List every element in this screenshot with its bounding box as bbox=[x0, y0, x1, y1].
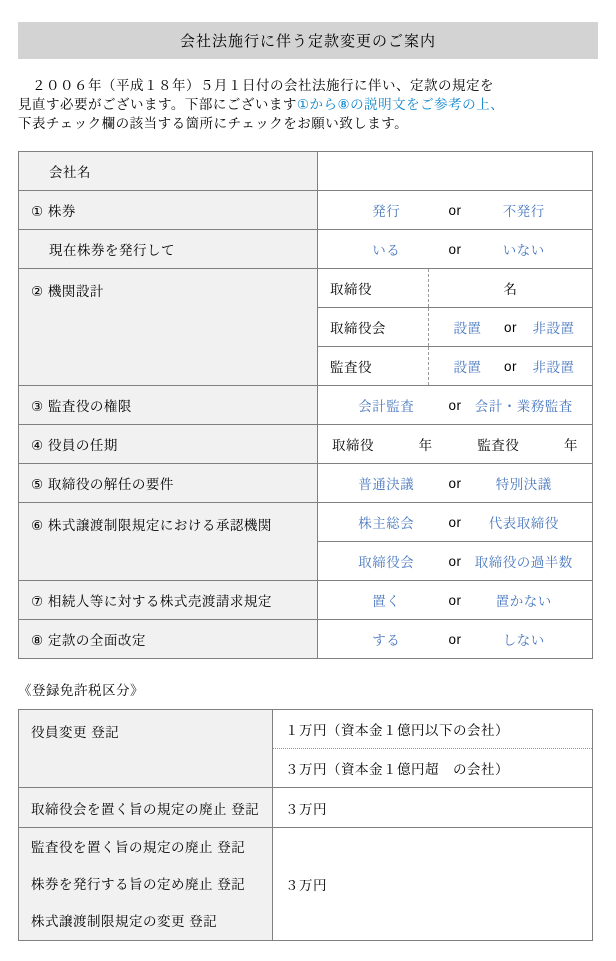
options-cell: 株主総会 or 代表取締役 bbox=[318, 512, 592, 532]
table-row-dismissal: ⑤ 取締役の解任の要件 普通決議 or 特別決議 bbox=[19, 464, 593, 503]
options-cell: 発行 or 不発行 bbox=[318, 200, 592, 220]
page-title: 会社法施行に伴う定款変更のご案内 bbox=[180, 30, 436, 51]
or-label: or bbox=[443, 203, 468, 218]
options-cell: 取締役会 or 取締役の過半数 bbox=[318, 551, 592, 571]
or-label: or bbox=[443, 242, 468, 257]
sub-item-label: 取締役 bbox=[318, 269, 429, 308]
option-text: 非設置 bbox=[523, 356, 584, 376]
options-cell: 会計監査 or 会計・業務監査 bbox=[318, 395, 592, 415]
tax-row-label: 監査役を置く旨の規定の廃止 登記 株券を発行する旨の定め廃止 登記 株式譲渡制限… bbox=[19, 828, 273, 941]
tax-row-combined: 監査役を置く旨の規定の廃止 登記 株券を発行する旨の定め廃止 登記 株式譲渡制限… bbox=[19, 828, 593, 941]
intro-line-3: 下表チェック欄の該当する箇所にチェックをお願い致します。 bbox=[18, 114, 598, 133]
option-text: 会計・業務監査 bbox=[468, 395, 581, 415]
option-text: 普通決議 bbox=[330, 473, 443, 493]
row-label: ② 機関設計 bbox=[19, 269, 318, 386]
table-row-company: 会社名 bbox=[19, 152, 593, 191]
option-text: 取締役の過半数 bbox=[468, 551, 581, 571]
row-label: ① 株券 bbox=[19, 191, 318, 230]
option-text: 非設置 bbox=[523, 317, 584, 337]
tax-label-line: 株券を発行する旨の定め廃止 登記 bbox=[31, 866, 272, 903]
intro-paragraph: ２００６年（平成１８年）５月１日付の会社法施行に伴い、定款の規定を 見直す必要が… bbox=[18, 76, 598, 133]
intro-line-2: 見直す必要がございます。下部にございます①から⑧の説明文をご参考の上、 bbox=[18, 95, 598, 114]
tax-row-label: 取締役会を置く旨の規定の廃止 登記 bbox=[19, 788, 273, 828]
option-text: いない bbox=[468, 239, 581, 259]
options-cell: いる or いない bbox=[318, 239, 592, 259]
or-label: or bbox=[498, 320, 523, 335]
intro-line-1: ２００６年（平成１８年）５月１日付の会社法施行に伴い、定款の規定を bbox=[18, 76, 598, 95]
term-unit: 年 bbox=[419, 434, 433, 454]
fee-text: ３万円 bbox=[273, 788, 593, 828]
term-label: 取締役 bbox=[332, 434, 374, 454]
table-row-officer-term: ④ 役員の任期 取締役 年 監査役 年 bbox=[19, 425, 593, 464]
tax-row-board-abolition: 取締役会を置く旨の規定の廃止 登記 ３万円 bbox=[19, 788, 593, 828]
option-text: いる bbox=[330, 239, 443, 259]
option-text: 発行 bbox=[330, 200, 443, 220]
option-text: 設置 bbox=[437, 356, 498, 376]
option-text: しない bbox=[468, 629, 581, 649]
options-cell: する or しない bbox=[318, 629, 592, 649]
table-row-stock-now: 現在株券を発行して いる or いない bbox=[19, 230, 593, 269]
row-label: ⑦ 相続人等に対する株式売渡請求規定 bbox=[19, 581, 318, 620]
row-label: ④ 役員の任期 bbox=[19, 425, 318, 464]
sub-item-label: 取締役会 bbox=[318, 308, 429, 347]
options-cell: 設置 or 非設置 bbox=[429, 317, 592, 337]
option-text: 株主総会 bbox=[330, 512, 443, 532]
option-text: 代表取締役 bbox=[468, 512, 581, 532]
or-label: or bbox=[443, 398, 468, 413]
tax-row-label: 役員変更 登記 bbox=[19, 710, 273, 788]
options-cell: 置く or 置かない bbox=[318, 590, 592, 610]
row-label: 現在株券を発行して bbox=[19, 230, 318, 269]
row-label: ⑤ 取締役の解任の要件 bbox=[19, 464, 318, 503]
title-banner: 会社法施行に伴う定款変更のご案内 bbox=[18, 22, 598, 59]
tax-section-heading: 《登録免許税区分》 bbox=[18, 679, 598, 699]
table-row-stock: ① 株券 発行 or 不発行 bbox=[19, 191, 593, 230]
sub-item-label: 監査役 bbox=[318, 347, 429, 386]
registration-tax-table: 役員変更 登記 １万円（資本金１億円以下の会社） ３万円（資本金１億円超 の会社… bbox=[18, 709, 593, 941]
fee-text: ３万円（資本金１億円超 の会社） bbox=[273, 749, 593, 788]
or-label: or bbox=[498, 359, 523, 374]
director-count-field: 名 bbox=[429, 269, 593, 308]
term-fill-cell: 取締役 年 監査役 年 bbox=[318, 434, 592, 454]
term-unit: 年 bbox=[564, 434, 578, 454]
option-text: 特別決議 bbox=[468, 473, 581, 493]
option-text: する bbox=[330, 629, 443, 649]
options-cell: 普通決議 or 特別決議 bbox=[318, 473, 592, 493]
or-label: or bbox=[443, 593, 468, 608]
option-text: 不発行 bbox=[468, 200, 581, 220]
table-row-heir-request: ⑦ 相続人等に対する株式売渡請求規定 置く or 置かない bbox=[19, 581, 593, 620]
teikan-change-table: 会社名 ① 株券 発行 or 不発行 現在株券を発行して いる or いない ②… bbox=[18, 151, 593, 659]
option-text: 設置 bbox=[437, 317, 498, 337]
or-label: or bbox=[443, 515, 468, 530]
options-cell: 設置 or 非設置 bbox=[429, 356, 592, 376]
row-label: ⑥ 株式譲渡制限規定における承認機関 bbox=[19, 503, 318, 581]
term-label: 監査役 bbox=[477, 434, 519, 454]
company-name-label: 会社名 bbox=[19, 152, 318, 191]
or-label: or bbox=[443, 632, 468, 647]
tax-label-line: 監査役を置く旨の規定の廃止 登記 bbox=[31, 829, 272, 866]
intro-reference-text: ①から⑧の説明文をご参考の上、 bbox=[297, 97, 504, 112]
option-text: 会計監査 bbox=[330, 395, 443, 415]
option-text: 置く bbox=[330, 590, 443, 610]
or-label: or bbox=[443, 476, 468, 491]
company-name-field bbox=[318, 152, 593, 191]
or-label: or bbox=[443, 554, 468, 569]
option-text: 置かない bbox=[468, 590, 581, 610]
table-row-kikan-director: ② 機関設計 取締役 名 bbox=[19, 269, 593, 308]
row-label: ⑧ 定款の全面改定 bbox=[19, 620, 318, 659]
table-row-transfer-approval-1: ⑥ 株式譲渡制限規定における承認機関 株主総会 or 代表取締役 bbox=[19, 503, 593, 542]
option-text: 取締役会 bbox=[330, 551, 443, 571]
fee-text: ３万円 bbox=[273, 828, 593, 941]
table-row-auditor-authority: ③ 監査役の権限 会計監査 or 会計・業務監査 bbox=[19, 386, 593, 425]
table-row-full-revision: ⑧ 定款の全面改定 する or しない bbox=[19, 620, 593, 659]
fee-text: １万円（資本金１億円以下の会社） bbox=[273, 710, 593, 749]
row-label: ③ 監査役の権限 bbox=[19, 386, 318, 425]
document-page: 会社法施行に伴う定款変更のご案内 ２００６年（平成１８年）５月１日付の会社法施行… bbox=[0, 0, 616, 961]
tax-row-officer-change-1: 役員変更 登記 １万円（資本金１億円以下の会社） bbox=[19, 710, 593, 749]
tax-label-line: 株式譲渡制限規定の変更 登記 bbox=[31, 903, 272, 940]
